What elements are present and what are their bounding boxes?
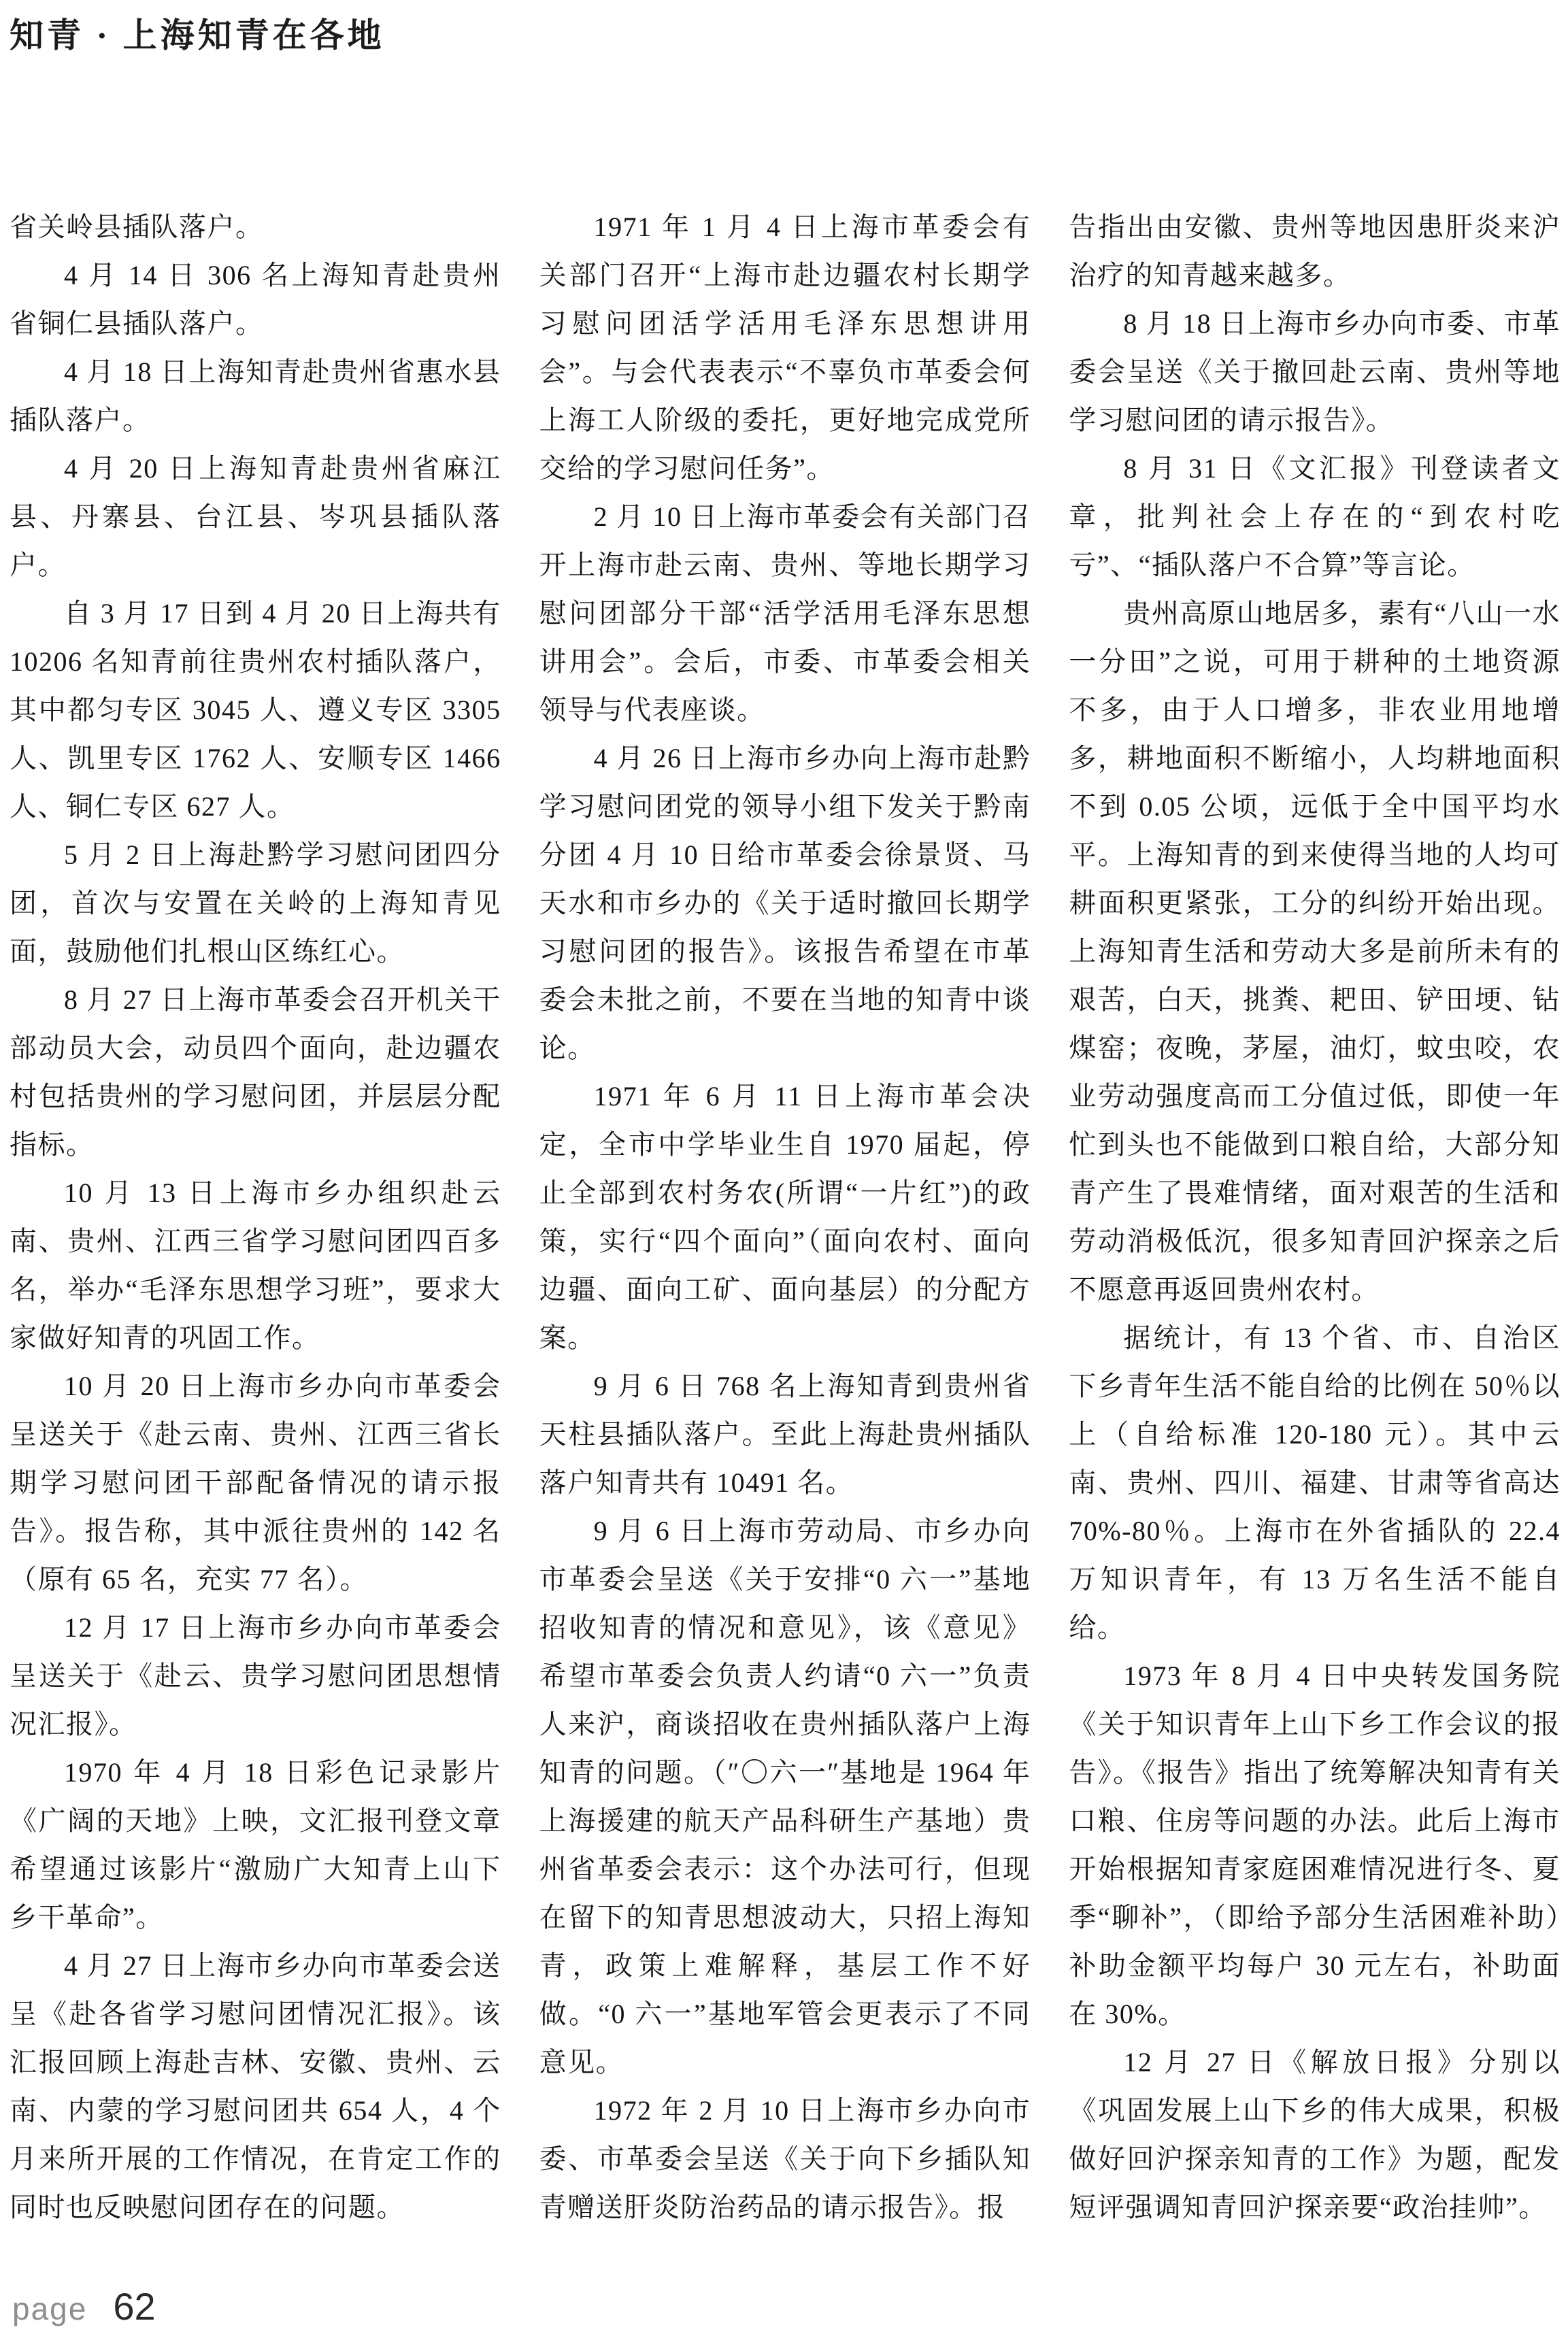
paragraph: 4 月 18 日上海知青赴贵州省惠水县插队落户。	[10, 348, 501, 444]
paragraph: 1971 年 1 月 4 日上海市革委会有关部门召开“上海市赴边疆农村长期学习慰…	[539, 203, 1031, 492]
paragraph: 10 月 20 日上海市乡办向市革委会呈送关于《赴云南、贵州、江西三省长期学习慰…	[10, 1362, 501, 1603]
paragraph: 4 月 27 日上海市乡办向市革委会送呈《赴各省学习慰问团情况汇报》。该汇报回顾…	[10, 1941, 501, 2231]
paragraph: 10 月 13 日上海市乡办组织赴云南、贵州、江西三省学习慰问团四百多名，举办“…	[10, 1169, 501, 1362]
article-columns: 省关岭县插队落户。4 月 14 日 306 名上海知青赴贵州省铜仁县插队落户。4…	[10, 203, 1561, 2231]
page-label: page	[12, 2290, 87, 2327]
paragraph: 2 月 10 日上海市革委会有关部门召开上海市赴云南、贵州、等地长期学习慰问团部…	[539, 492, 1031, 734]
paragraph: 4 月 26 日上海市乡办向上海市赴黔学习慰问团党的领导小组下发关于黔南分团 4…	[539, 734, 1031, 1072]
paragraph: 1971 年 6 月 11 日上海市革会决定，全市中学毕业生自 1970 届起，…	[539, 1072, 1031, 1362]
paragraph: 4 月 14 日 306 名上海知青赴贵州省铜仁县插队落户。	[10, 251, 501, 348]
text-column-2: 1971 年 1 月 4 日上海市革委会有关部门召开“上海市赴边疆农村长期学习慰…	[539, 203, 1031, 2231]
text-column-3: 告指出由安徽、贵州等地因患肝炎来沪治疗的知青越来越多。8 月 18 日上海市乡办…	[1069, 203, 1561, 2231]
page-footer: page 62	[12, 2284, 156, 2328]
paragraph: 8 月 18 日上海市乡办向市委、市革委会呈送《关于撤回赴云南、贵州等地学习慰问…	[1069, 299, 1561, 444]
paragraph: 8 月 31 日《文汇报》刊登读者文章，批判社会上存在的“到农村吃亏”、“插队落…	[1069, 444, 1561, 589]
paragraph: 12 月 27 日《解放日报》分别以《巩固发展上山下乡的伟大成果，积极做好回沪探…	[1069, 2038, 1561, 2231]
paragraph: 贵州高原山地居多，素有“八山一水一分田”之说，可用于耕种的土地资源不多，由于人口…	[1069, 589, 1561, 1314]
paragraph: 9 月 6 日上海市劳动局、市乡办向市革委会呈送《关于安排“0 六一”基地招收知…	[539, 1507, 1031, 2086]
paragraph: 8 月 27 日上海市革委会召开机关干部动员大会，动员四个面向，赴边疆农村包括贵…	[10, 975, 501, 1169]
paragraph: 告指出由安徽、贵州等地因患肝炎来沪治疗的知青越来越多。	[1069, 203, 1561, 299]
paragraph: 12 月 17 日上海市乡办向市革委会呈送关于《赴云、贵学习慰问团思想情况汇报》…	[10, 1603, 501, 1748]
paragraph: 省关岭县插队落户。	[10, 203, 501, 251]
text-column-1: 省关岭县插队落户。4 月 14 日 306 名上海知青赴贵州省铜仁县插队落户。4…	[10, 203, 501, 2231]
page-number: 62	[113, 2284, 155, 2328]
paragraph: 1970 年 4 月 18 日彩色记录影片《广阔的天地》上映，文汇报刊登文章希望…	[10, 1748, 501, 1941]
paragraph: 4 月 20 日上海知青赴贵州省麻江县、丹寨县、台江县、岑巩县插队落户。	[10, 444, 501, 589]
paragraph: 自 3 月 17 日到 4 月 20 日上海共有 10206 名知青前往贵州农村…	[10, 589, 501, 831]
paragraph: 9 月 6 日 768 名上海知青到贵州省天柱县插队落户。至此上海赴贵州插队落户…	[539, 1362, 1031, 1507]
paragraph: 5 月 2 日上海赴黔学习慰问团四分团，首次与安置在关岭的上海知青见面，鼓励他们…	[10, 831, 501, 975]
paragraph: 1973 年 8 月 4 日中央转发国务院《关于知识青年上山下乡工作会议的报告》…	[1069, 1652, 1561, 2038]
section-title: 知青 · 上海知青在各地	[10, 8, 385, 57]
paragraph: 据统计，有 13 个省、市、自治区下乡青年生活不能自给的比例在 50％以上（自给…	[1069, 1314, 1561, 1652]
paragraph: 1972 年 2 月 10 日上海市乡办向市委、市革委会呈送《关于向下乡插队知青…	[539, 2086, 1031, 2231]
